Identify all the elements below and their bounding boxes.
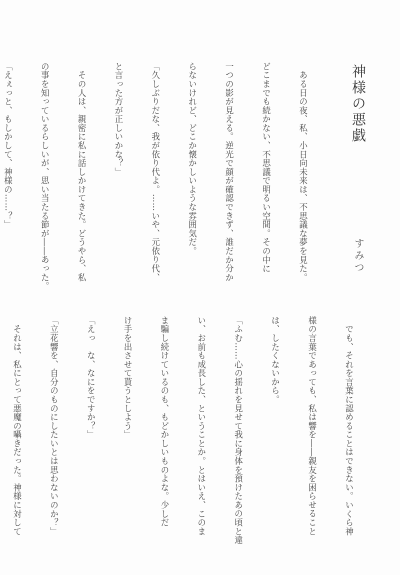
text-line: 様の言葉であっても、私は響を――親友を困らせること [306, 316, 318, 528]
lower-text-block: でも、それを言葉に認めることはできない。いくら神 様の言葉であっても、私は響を―… [0, 316, 380, 528]
manuscript-page: 神様の悪戯 すみつ ある日の夜、私、小日向未来は、不思議な夢を見た。 どこまでも… [0, 0, 400, 575]
text-line: ま騙し続けているのも、もどかしいものよな。少しだ [159, 316, 171, 528]
text-line: は、したくないから。 [269, 316, 281, 528]
text-line: それは、私にとって悪魔の囁きだった。神様に対して [11, 316, 23, 528]
upper-text-block: ある日の夜、私、小日向未来は、不思議な夢を見た。 どこまでも続かない、不思議で明… [0, 62, 334, 282]
text-line: 「えっ な、なにをですか？」 [85, 316, 97, 528]
text-line: 「えぇっと、もしかして、神様の……？」 [2, 62, 14, 282]
author-name: すみつ [350, 238, 365, 274]
text-line: 「久しぶりだな、我が依り代よ。……いや、元依り代、 [150, 62, 162, 282]
text-line: い、お前も成長した、ということか。とはいえ、このま [196, 316, 208, 528]
text-line: と言った方が正しいかな？」 [113, 62, 125, 282]
text-line: その人は、親密に私に話しかけてきた。どうやら、私 [76, 62, 88, 282]
text-line: け手を出させて貰うとしよう」 [122, 316, 134, 528]
story-title: 神様の悪戯 [348, 64, 368, 144]
text-line: の事を知っているらしいが、思い当たる節が――あった。 [39, 62, 51, 282]
text-line: らないけれど、どこか懐かしいような雰囲気だ。 [186, 62, 198, 282]
text-line: 一つの影が見える。逆光で顔が確認できず、誰だか分か [223, 62, 235, 282]
text-line: 「立花響を、自分のものにしたいとは思わないのか？」 [48, 316, 60, 528]
text-line: どこまでも続かない、不思議で明るい空間。その中に [260, 62, 272, 282]
text-line: 「ふむ……心の揺れを見せて我に身体を預けたあの頃と違 [232, 316, 244, 528]
text-line: ある日の夜、私、小日向未来は、不思議な夢を見た。 [297, 62, 309, 282]
text-line: でも、それを言葉に認めることはできない。いくら神 [343, 316, 355, 528]
